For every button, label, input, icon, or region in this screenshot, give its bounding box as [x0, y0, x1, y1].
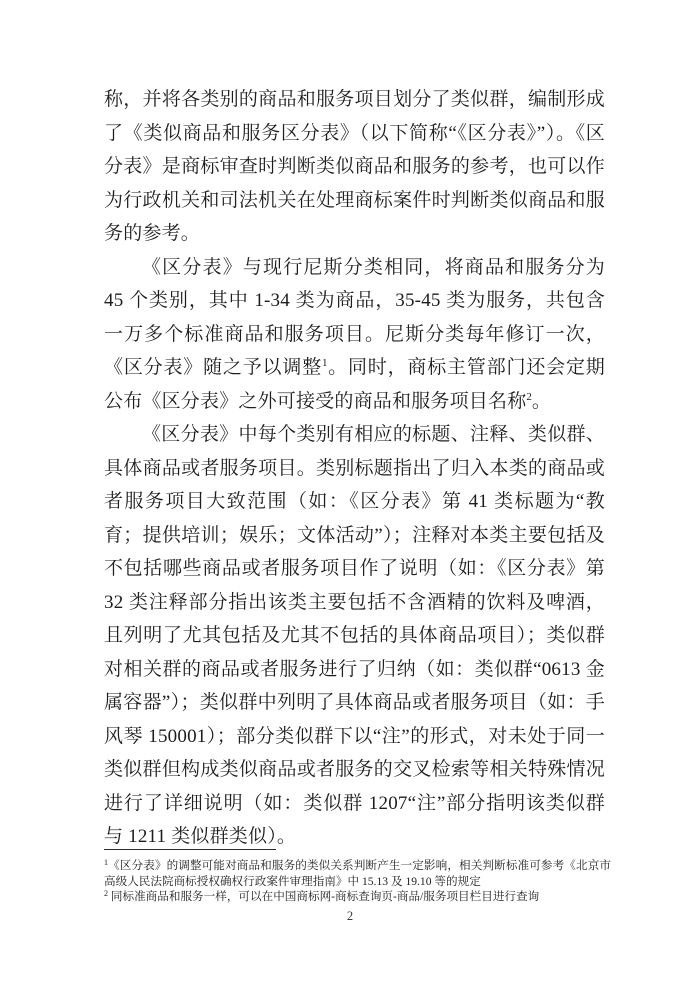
body-paragraph-1: 称，并将各类别的商品和服务项目划分了类似群，编制形成了《类似商品和服务区分表》（…	[104, 83, 605, 251]
footnote-1: 1《区分表》的调整可能对商品和服务的类似关系判断产生一定影响，相关判断标准可参考…	[104, 858, 611, 889]
body-paragraph-3: 《区分表》中每个类别有相应的标题、注释、类似群、具体商品或者服务项目。类别标题指…	[104, 418, 605, 854]
document-body: 称，并将各类别的商品和服务项目划分了类似群，编制形成了《类似商品和服务区分表》（…	[104, 83, 605, 854]
footnote-2-text: 同标准商品和服务一样，可以在中国商标网-商标查询页-商品/服务项目栏目进行查询	[108, 890, 539, 903]
footnote-divider	[104, 849, 276, 850]
body-paragraph-2: 《区分表》与现行尼斯分类相同，将商品和服务分为 45 个类别，其中 1-34 类…	[104, 251, 605, 419]
page-number: 2	[0, 909, 700, 924]
footnote-1-text: 《区分表》的调整可能对商品和服务的类似关系判断产生一定影响，相关判断标准可参考《…	[104, 859, 611, 888]
footnote-2: 2 同标准商品和服务一样，可以在中国商标网-商标查询页-商品/服务项目栏目进行查…	[104, 889, 611, 905]
paragraph-2-text-c: 。	[532, 391, 551, 412]
footnotes-section: 1《区分表》的调整可能对商品和服务的类似关系判断产生一定影响，相关判断标准可参考…	[104, 849, 611, 905]
document-page: 称，并将各类别的商品和服务项目划分了类似群，编制形成了《类似商品和服务区分表》（…	[0, 0, 700, 991]
